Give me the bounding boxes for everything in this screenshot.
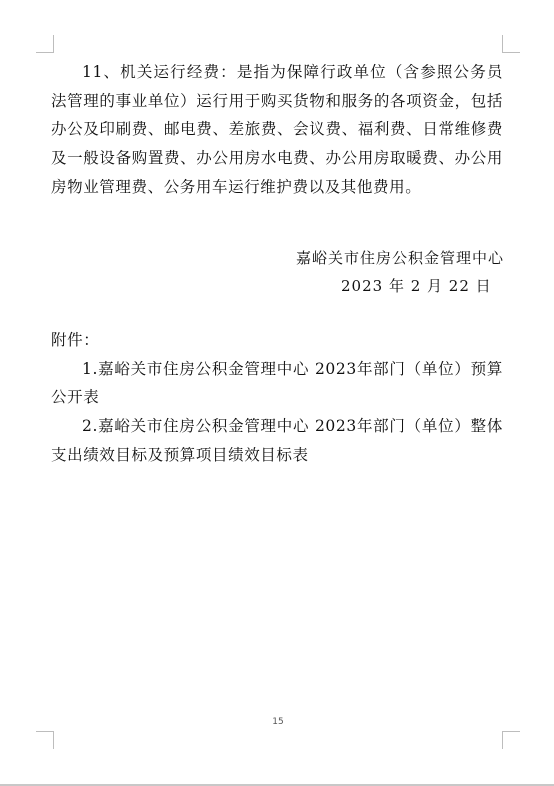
page-number: 15: [270, 717, 286, 727]
document-body: 11、机关运行经费：是指为保障行政单位（含参照公务员法管理的事业单位）运行用于购…: [51, 58, 503, 202]
body-paragraph: 11、机关运行经费：是指为保障行政单位（含参照公务员法管理的事业单位）运行用于购…: [51, 58, 503, 202]
attachment-item: 1.嘉峪关市住房公积金管理中心 2023年部门（单位）预算公开表: [51, 355, 503, 412]
attachments-section: 附件： 1.嘉峪关市住房公积金管理中心 2023年部门（单位）预算公开表 2.嘉…: [51, 326, 503, 470]
crop-mark-top-left: [36, 35, 54, 53]
signature-date: 2023 年 2 月 22 日: [296, 272, 506, 300]
crop-mark-bottom-left: [36, 731, 54, 749]
signature-block: 嘉峪关市住房公积金管理中心 2023 年 2 月 22 日: [296, 244, 506, 300]
signature-organization: 嘉峪关市住房公积金管理中心: [296, 244, 506, 272]
attachments-heading: 附件：: [51, 326, 503, 355]
crop-mark-top-right: [502, 35, 520, 53]
attachment-item: 2.嘉峪关市住房公积金管理中心 2023年部门（单位）整体支出绩效目标及预算项目…: [51, 412, 503, 469]
crop-mark-bottom-right: [502, 731, 520, 749]
